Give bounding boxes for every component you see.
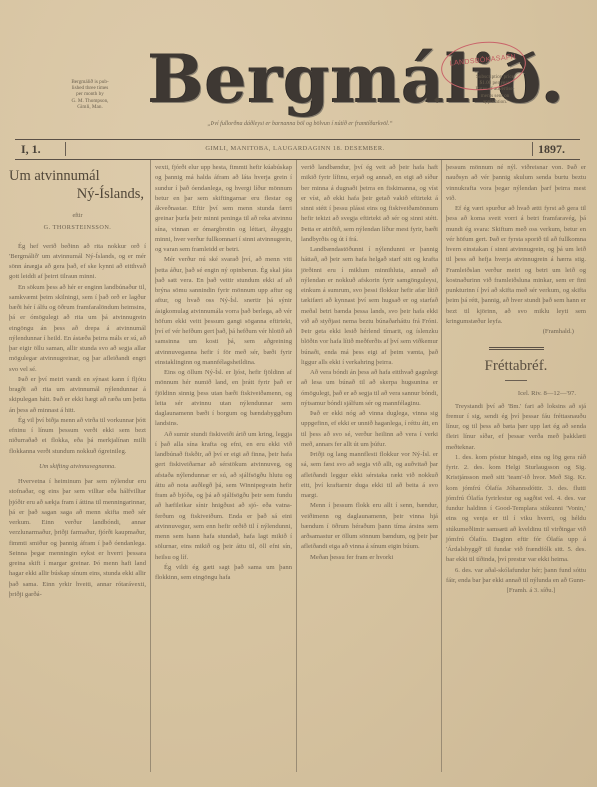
paragraph: þessum mönnum né nýl. viðreisnar von. Þa… [446,163,586,204]
continued-on-note: [Framh. á 3. síðu.] [446,586,586,596]
newspaper-title: Bergmálið. [148,44,448,114]
ornament-icon: ◆ [434,95,440,104]
paragraph: Ef ég væri spurður að hvað ætti fyrst að… [446,204,586,327]
byline-prefix: eftir [9,211,146,221]
newspaper-page: Bergmálið is pub- lished three times per… [0,0,597,787]
column-rule [296,160,297,772]
paragraph: Ég vildi ég gæti sagt það sama um þann f… [155,563,292,584]
continued-note: (Framhald.) [446,327,586,337]
paragraph: Eins og öllum Ný-Ísl. er ljóst, hefir fj… [155,368,292,430]
paragraph: Að vera bóndi án þess að hafa eitthvað g… [301,368,438,409]
place-date: GIMLI, MANITOBA, LAUGARDAGINN 18. DESEMB… [75,145,515,152]
author-name: G. THORSTEINSSON. [9,223,146,233]
paragraph: Landbændastöðunni í nýlendunni er þannig… [301,245,438,368]
column-rule [441,160,442,772]
paragraph: En sökum þess að hér er enginn landbúnað… [9,283,146,375]
paragraph: Það er ekki nóg að vinna duglega, vinna … [301,409,438,450]
volume-number: I, 1. [21,142,41,157]
paragraph: Treystandi því að 'Bm.' fari að loksins … [446,402,586,453]
section-subhead: Um skifting atvinnuvegnanna. [9,462,146,472]
divider [532,142,533,156]
paragraph: Að sumir stundi fiskiveiði árið um kring… [155,430,292,563]
column-rule [150,160,151,772]
year: 1897. [538,142,565,157]
publication-info: Bergmálið is pub- lished three times per… [55,79,125,110]
paragraph: Menn í þessum flokk eru allt í senn, bæn… [301,501,438,552]
paragraph: Þriðji og lang mannflesti flokkur vor Ný… [301,450,438,501]
paragraph: 6. des. var aðal-skólafundur hér; þann f… [446,566,586,587]
paragraph: verið landbændur, því ég veit að þeir ha… [301,163,438,245]
subscription-info-line: application. [460,99,530,105]
column-1: Um atvinnumál Ný-Íslands, eftir G. THORS… [9,163,146,600]
divider [65,142,66,156]
library-stamp-text: LANDSBÓKASAFN [441,53,524,69]
column-3: verið landbændur, því ég veit að þeir ha… [301,163,438,563]
masthead: Bergmálið is pub- lished three times per… [0,0,597,135]
motto: „Því fullorðna dáðleysi er barnanna böl … [100,121,500,127]
column-4: þessum mönnum né nýl. viðreisnar von. Þa… [446,163,586,596]
short-rule [505,380,527,381]
paragraph: Það er því meiri vandi en sýnast kann í … [9,375,146,416]
paragraph: 1. des. kom póstur hingað, eins og lög g… [446,453,586,566]
date-bar: I, 1. GIMLI, MANITOBA, LAUGARDAGINN 18. … [15,139,580,160]
decorative-rule [489,347,544,350]
column-2: vexti, fjórði elur upp hesta, fimmti hef… [155,163,292,583]
paragraph: Hvervetna í heiminum þar sem nýlendur er… [9,477,146,600]
section-title: Fréttabréf. [446,356,586,376]
article-title-line: Ný-Íslands, [9,185,146,203]
paragraph: Meðan þessu fer fram er hvorki [301,553,438,563]
paragraph: vexti, fjórði elur upp hesta, fimmti hef… [155,163,292,255]
article-title-line: Um atvinnumál [9,168,100,184]
publication-info-line: Gimli, Man. [55,104,125,110]
paragraph: Ég vil því biðja menn að virða til vorku… [9,416,146,457]
paragraph: Mér verður nú ské svarað því, að menn vi… [155,255,292,368]
dateline: Icel. Riv. 8—12—'97. [446,389,586,399]
paragraph: Ég hef verið beðinn að rita nokkur orð í… [9,242,146,283]
article-title: Um atvinnumál Ný-Íslands, [9,167,146,203]
